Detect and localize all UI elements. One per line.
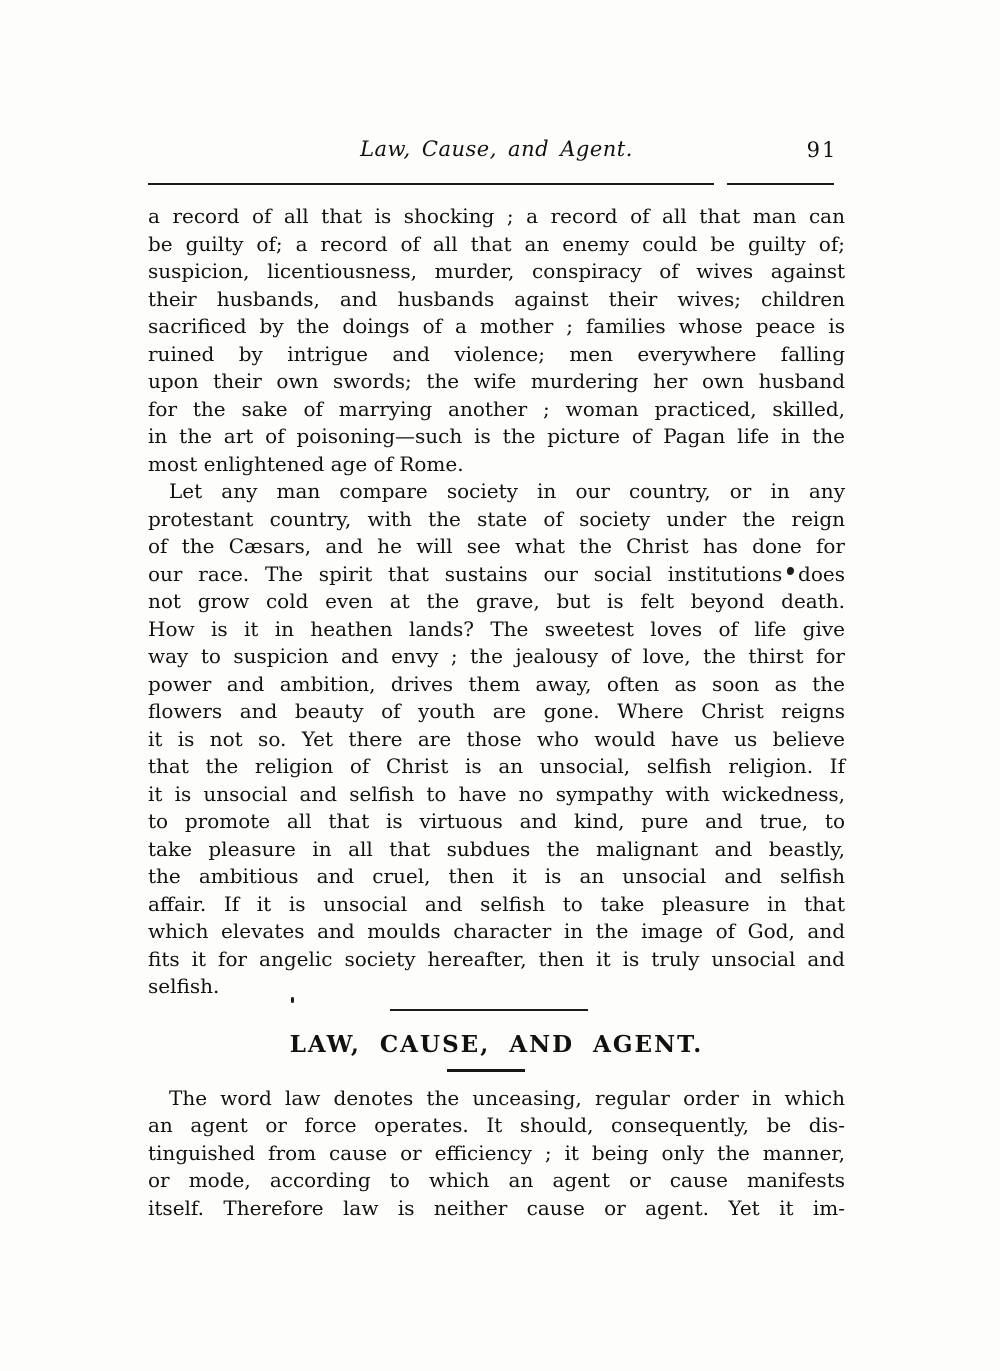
text-line: fits it for angelic society hereafter, t… [148,946,845,974]
text-line: affair. If it is unsocial and selfish to… [148,891,845,919]
text-line: it is not so. Yet there are those who wo… [148,726,845,754]
text-line: be guilty of; a record of all that an en… [148,231,845,259]
text-line: way to suspicion and envy ; the jealousy… [148,643,845,671]
text-line: power and ambition, drives them away, of… [148,671,845,699]
header-rule-short [727,183,834,185]
text-line: ruined by intrigue and violence; men eve… [148,341,845,369]
new-article-body: The word law denotes the unceasing, regu… [148,1085,845,1223]
text-line: protestant country, with the state of so… [148,506,845,534]
text-line: not grow cold even at the grave, but is … [148,588,845,616]
paragraph: Let any man compare society in our count… [148,478,845,1001]
text-line: our race. The spirit that sustains our s… [148,561,845,589]
paragraph: The word law denotes the unceasing, regu… [148,1085,845,1223]
text-line: The word law denotes the unceasing, regu… [148,1085,845,1113]
section-divider [390,1009,588,1011]
section-heading: LAW, CAUSE, AND AGENT. [148,1031,845,1059]
text-line: Let any man compare society in our count… [148,478,845,506]
heading-rule [447,1069,525,1072]
text-line: sacrificed by the doings of a mother ; f… [148,313,845,341]
page-number: 91 [800,136,844,164]
text-line: that the religion of Christ is an unsoci… [148,753,845,781]
text-line: their husbands, and husbands against the… [148,286,845,314]
text-line: for the sake of marrying another ; woman… [148,396,845,424]
continued-article-body: a record of all that is shocking ; a rec… [148,203,845,1001]
text-line: upon their own swords; the wife murderin… [148,368,845,396]
text-line: it is unsocial and selfish to have no sy… [148,781,845,809]
text-line: in the art of poisoning—such is the pict… [148,423,845,451]
text-line: of the Cæsars, and he will see what the … [148,533,845,561]
header-rule-long [148,183,714,185]
text-line: most enlightened age of Rome. [148,451,845,479]
text-line: which elevates and moulds character in t… [148,918,845,946]
text-line: tinguished from cause or efficiency ; it… [148,1140,845,1168]
text-line: an agent or force operates. It should, c… [148,1112,845,1140]
text-line: flowers and beauty of youth are gone. Wh… [148,698,845,726]
text-line: itself. Therefore law is neither cause o… [148,1195,845,1223]
text-line: suspicion, licentiousness, murder, consp… [148,258,845,286]
text-line: a record of all that is shocking ; a rec… [148,203,845,231]
text-line: or mode, according to which an agent or … [148,1167,845,1195]
text-line: to promote all that is virtuous and kind… [148,808,845,836]
text-column: a record of all that is shocking ; a rec… [148,203,845,1222]
text-line: take pleasure in all that subdues the ma… [148,836,845,864]
book-page: Law, Cause, and Agent. 91 a record of al… [0,0,1000,1371]
text-line: How is it in heathen lands? The sweetest… [148,616,845,644]
text-line: selfish. [148,973,845,1001]
paragraph: a record of all that is shocking ; a rec… [148,203,845,478]
text-line: the ambitious and cruel, then it is an u… [148,863,845,891]
running-head: Law, Cause, and Agent. [148,134,845,164]
